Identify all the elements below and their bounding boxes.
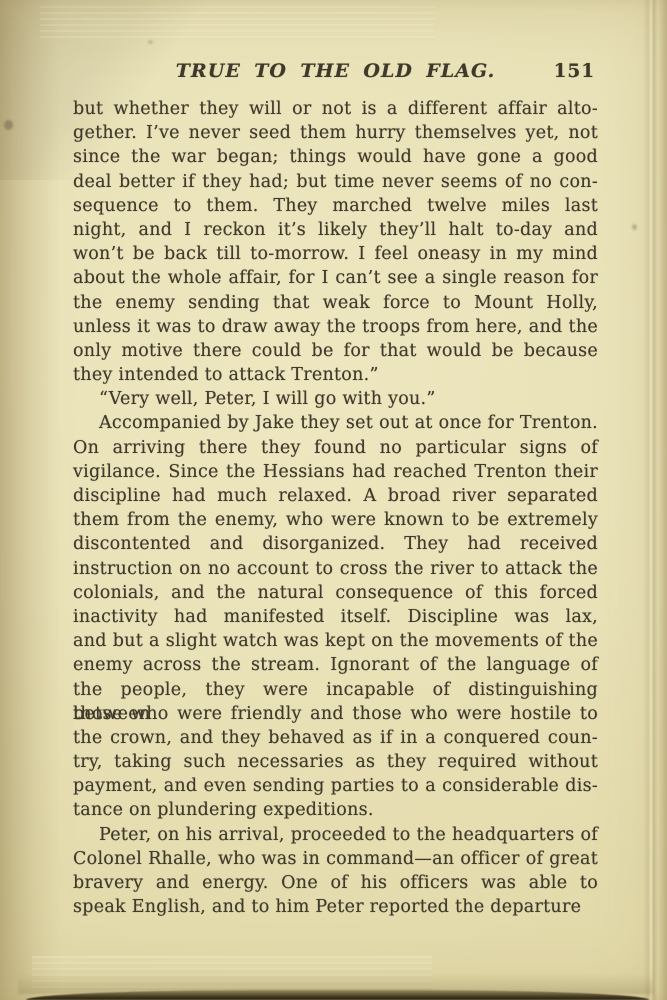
text-line: unless it was to draw away the troops fr… [73, 315, 598, 339]
page-left-edge-shadow [0, 0, 60, 1000]
text-line: night, and I reckon it’s likely they’ll … [73, 218, 598, 242]
text-line: instruction on no account to cross the r… [73, 557, 598, 581]
text-line: the enemy sending that weak force to Mou… [73, 291, 598, 315]
text-line: but whether they will or not is a differ… [73, 97, 598, 121]
book-page: TRUE TO THE OLD FLAG. 151 but whether th… [0, 0, 667, 1000]
text-line: Peter, on his arrival, proceeded to the … [73, 823, 598, 847]
text-line: them from the enemy, who were known to b… [73, 508, 598, 532]
page-right-edge [643, 0, 667, 1000]
page-text: but whether they will or not is a differ… [73, 97, 598, 919]
text-line: tance on plundering expeditions. [73, 798, 598, 822]
text-line: deal better if they had; but time never … [73, 170, 598, 194]
text-line: “Very well, Peter, I will go with you.” [73, 387, 598, 411]
text-line: enemy across the stream. Ignorant of the… [73, 653, 598, 677]
text-line: discontented and disorganized. They had … [73, 532, 598, 556]
text-line: sequence to them. They marched twelve mi… [73, 194, 598, 218]
text-line: gether. I’ve never seed them hurry thems… [73, 121, 598, 145]
text-line: payment, and even sending parties to a c… [73, 774, 598, 798]
text-line: discipline had much relaxed. A broad riv… [73, 484, 598, 508]
text-line: speak English, and to him Peter reported… [73, 895, 598, 919]
paper-speck [632, 224, 637, 230]
paper-speck [4, 120, 13, 130]
text-line: they intended to attack Trenton.” [73, 363, 598, 387]
text-line: and but a slight watch was kept on the m… [73, 629, 598, 653]
text-line: inactivity had manifested itself. Discip… [73, 605, 598, 629]
running-header-title: TRUE TO THE OLD FLAG. [176, 60, 496, 82]
text-line: the crown, and they behaved as if in a c… [73, 726, 598, 750]
text-line: those who were friendly and those who we… [73, 702, 598, 726]
bottom-book-edge-shadow [26, 990, 649, 1000]
running-header: TRUE TO THE OLD FLAG. 151 [73, 60, 598, 86]
text-line: since the war began; things would have g… [73, 145, 598, 169]
text-line: try, taking such necessaries as they req… [73, 750, 598, 774]
text-line: won’t be back till to-morrow. I feel one… [73, 242, 598, 266]
text-line: only motive there could be for that woul… [73, 339, 598, 363]
text-line: the people, they were incapable of disti… [73, 678, 598, 702]
text-line: vigilance. Since the Hessians had reache… [73, 460, 598, 484]
text-line: On arriving there they found no particul… [73, 436, 598, 460]
scan-streaks-top [40, 6, 435, 40]
text-line: bravery and energy. One of his officers … [73, 871, 598, 895]
text-line: colonials, and the natural consequence o… [73, 581, 598, 605]
text-line: Accompanied by Jake they set out at once… [73, 411, 598, 435]
text-line: about the whole affair, for I can’t see … [73, 266, 598, 290]
text-line: Colonel Rhalle, who was in command—an of… [73, 847, 598, 871]
paper-speck [148, 40, 153, 44]
page-number: 151 [554, 61, 595, 82]
